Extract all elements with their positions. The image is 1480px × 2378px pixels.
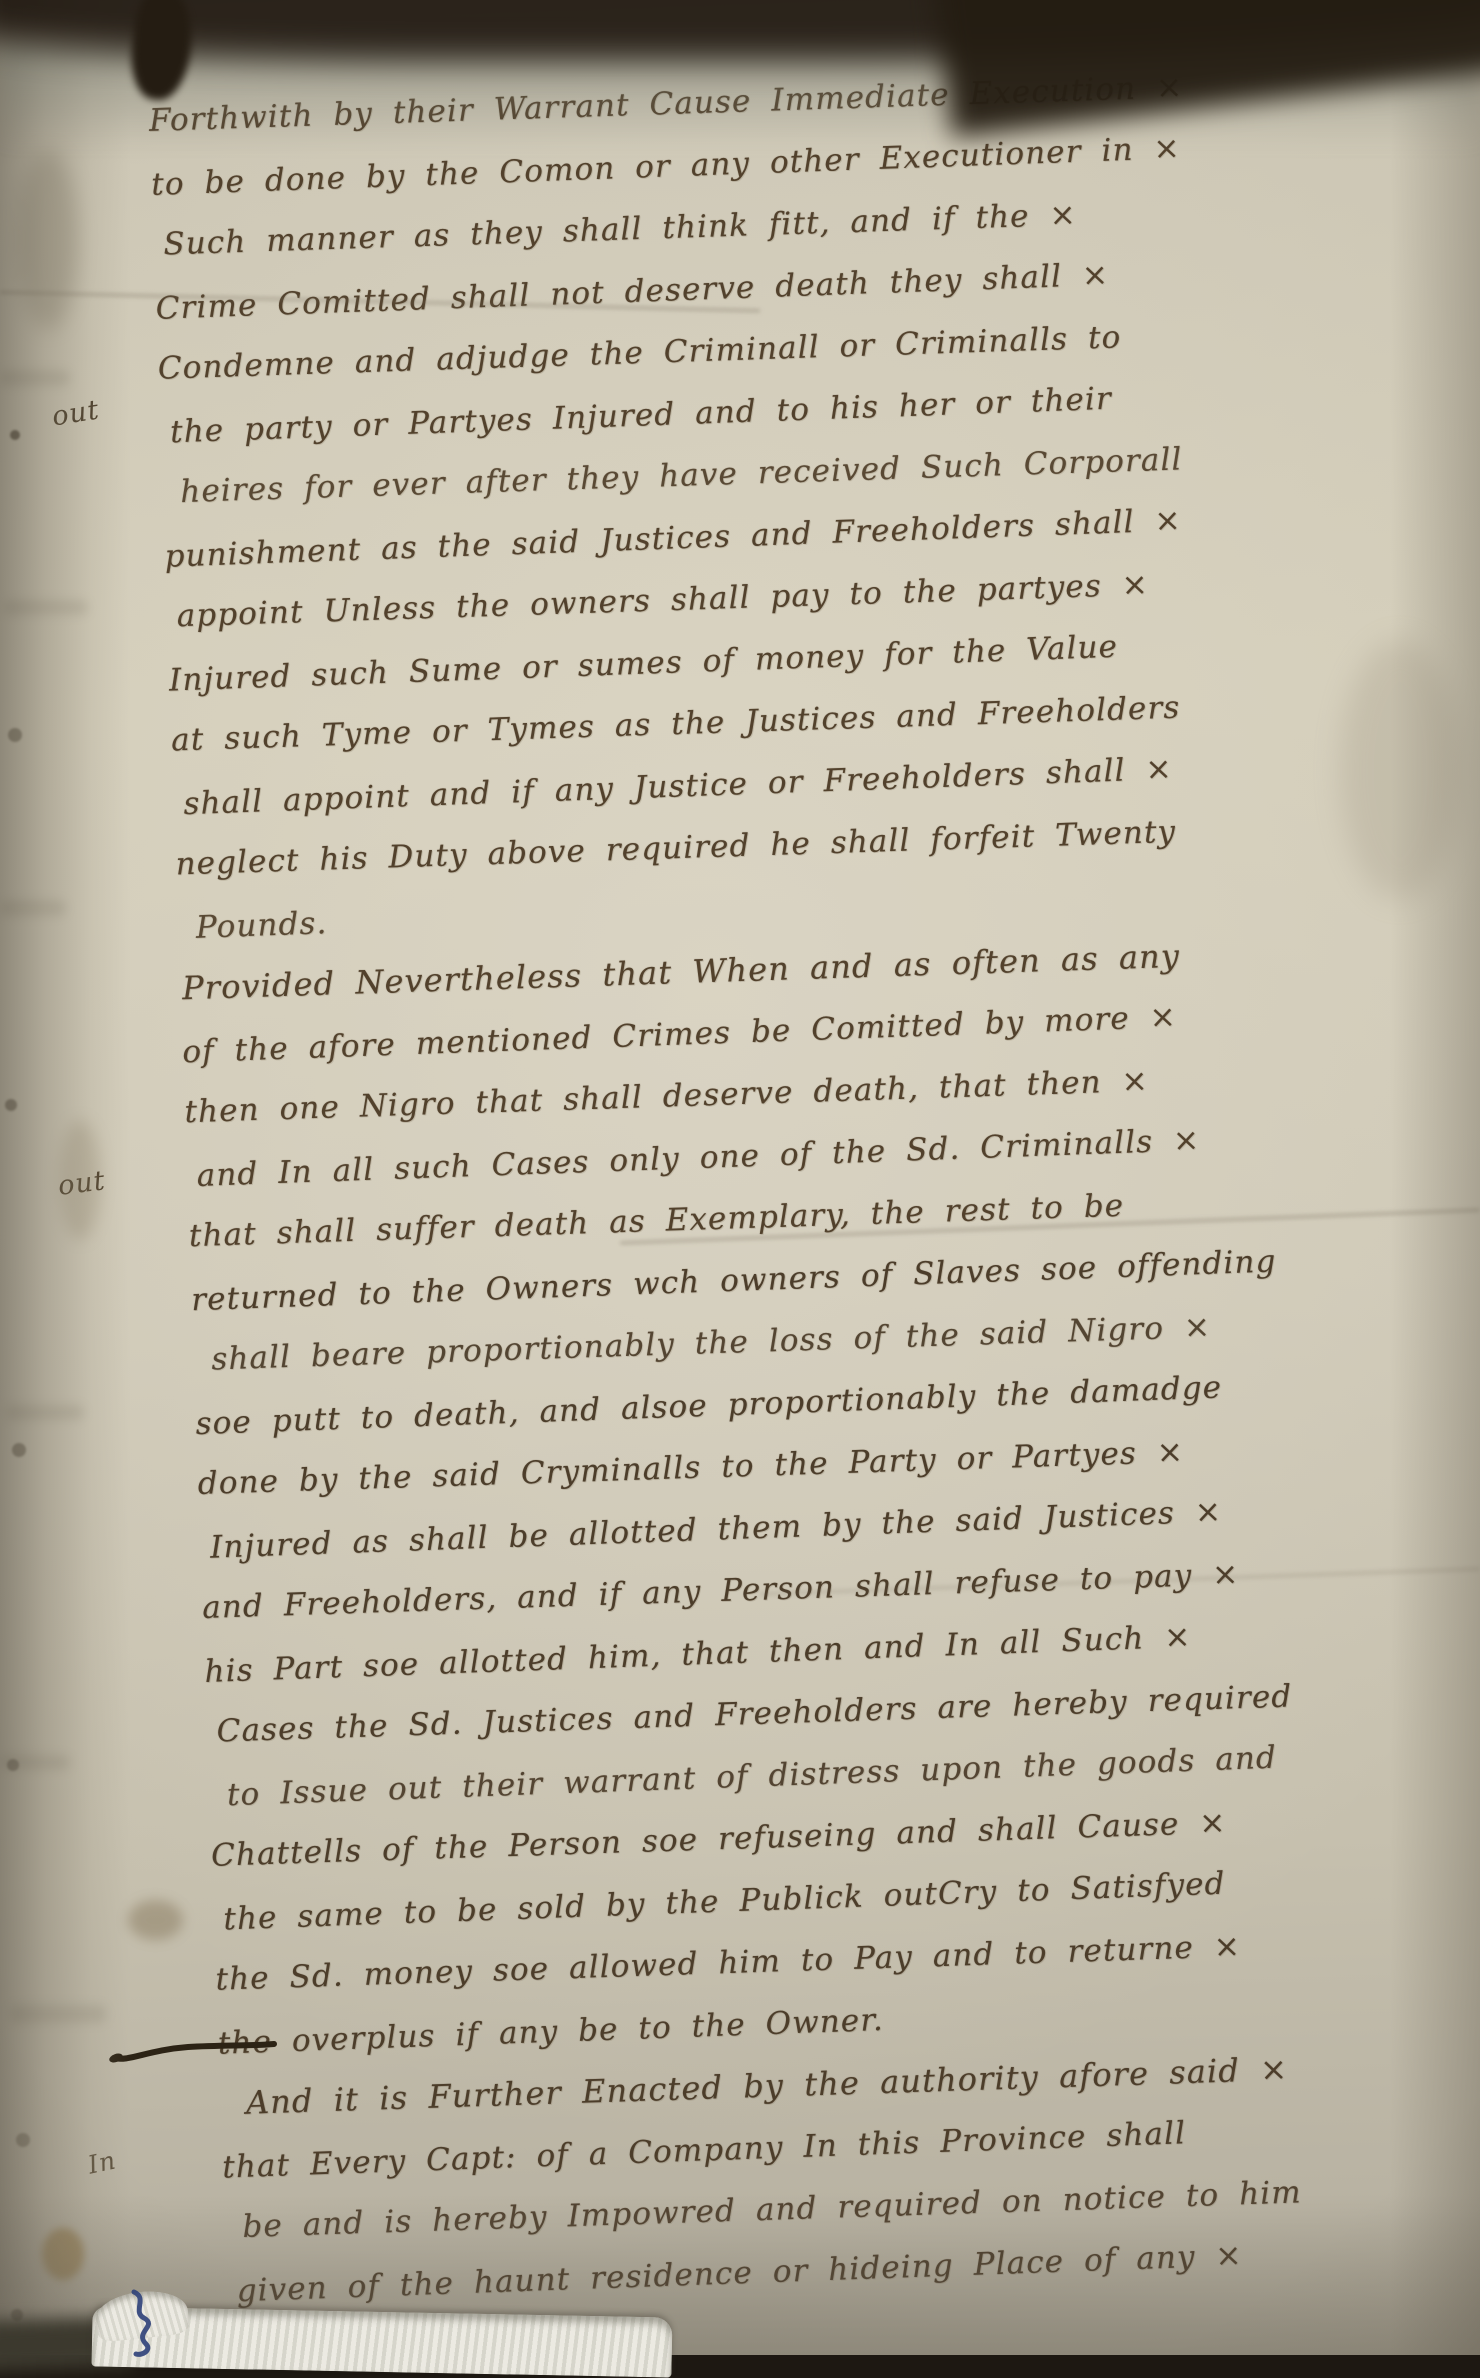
manuscript-page: Forthwith by their Warrant Cause Immedia… <box>0 0 1480 2355</box>
blue-thread <box>104 2288 174 2355</box>
photo-vignette <box>0 0 1480 2355</box>
